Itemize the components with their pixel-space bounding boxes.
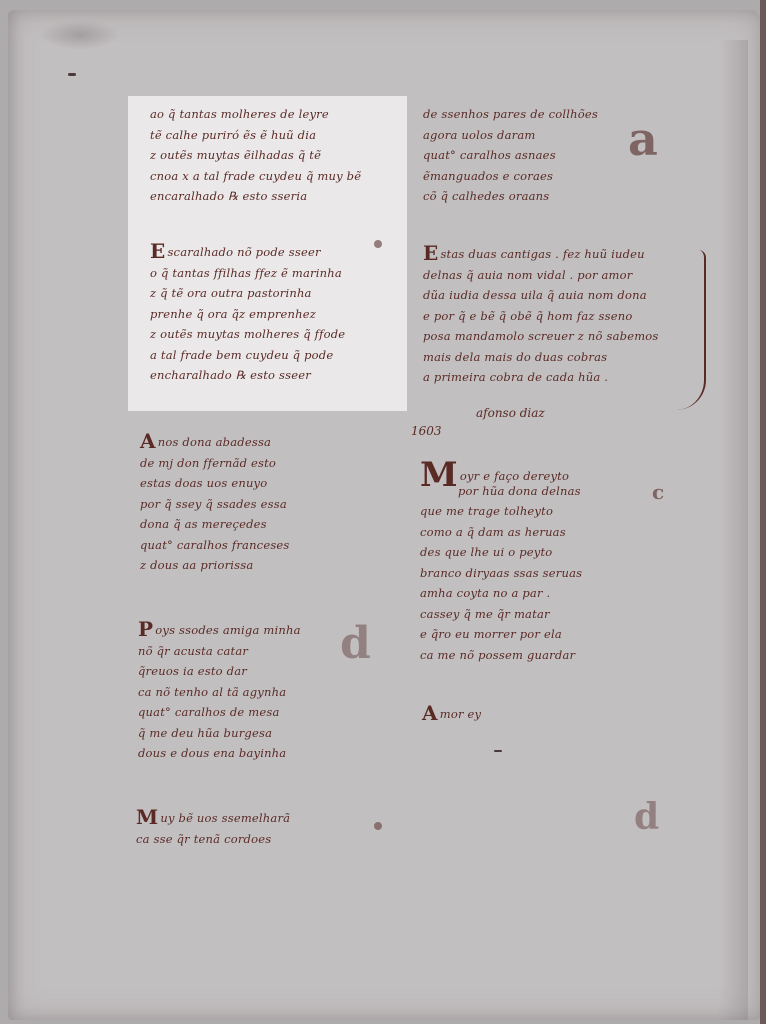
verse-line: por q̃ ssey q̃ ssades essa	[140, 494, 290, 515]
left-stanza-2: Escaralhado nõ pode sseer o q̃ tantas ff…	[150, 242, 345, 386]
rubric-line: delnas q̃ auia nom vidal . por amor	[423, 265, 659, 286]
verse-line: o q̃ tantas ffilhas ffez ẽ marinha	[150, 263, 345, 284]
verse-line: Amor ey	[422, 704, 481, 725]
right-stanza-1: de ssenhos pares de collhões agora uolos…	[423, 104, 598, 207]
ink-speck	[494, 750, 502, 752]
verse-line: dona q̃ as mereçedes	[140, 514, 290, 535]
decorated-initial: P	[138, 620, 153, 638]
rubric-line: a primeira cobra de cada hũa .	[423, 367, 659, 388]
guide-letter-d: d	[340, 618, 371, 669]
verse-line: ca sse q̃r tenã cordoes	[136, 829, 290, 850]
left-stanza-1: ao q̃ tantas molheres de leyre tẽ calhe …	[150, 104, 361, 207]
verse-line: quat° caralhos de mesa	[138, 702, 301, 723]
verse-line: como a q̃ dam as heruas	[420, 522, 582, 543]
right-stanza-2: Moyr e faço dereyto por hũa dona delnas …	[420, 460, 582, 665]
author-attribution: afonso diaz	[476, 406, 545, 420]
guide-letter-c: c	[652, 480, 664, 504]
folio-number: 1603	[411, 424, 442, 438]
left-stanza-4: Poys ssodes amiga minha nõ q̃r acusta ca…	[138, 620, 301, 764]
verse-line: Muy bẽ uos ssemelharã	[136, 808, 290, 829]
rubric-line: dũa iudia dessa uila q̃ auia nom dona	[423, 285, 659, 306]
verse-line: Moyr e faço dereyto	[420, 460, 582, 481]
verse-line: Escaralhado nõ pode sseer	[150, 242, 345, 263]
verse-line: encharalhado ℞ esto sseer	[150, 365, 345, 386]
rubric-line: e por q̃ e bẽ q̃ obẽ q̃ hom faz sseno	[423, 306, 659, 327]
decorated-initial: E	[150, 242, 165, 260]
verse-line: ca me nõ possem guardar	[420, 645, 582, 666]
marginal-bracket	[676, 250, 706, 410]
verse-line: tẽ calhe puriró ẽs ẽ huũ dia	[150, 125, 361, 146]
verse-line: ca nõ tenho al tã agynha	[138, 682, 301, 703]
left-stanza-5: Muy bẽ uos ssemelharã ca sse q̃r tenã co…	[136, 808, 290, 849]
verse-line: quat° caralhos franceses	[140, 535, 290, 556]
verse-line: des que lhe ui o peyto	[420, 542, 582, 563]
verse-line: ẽmanguados e coraes	[423, 166, 598, 187]
verse-line: ao q̃ tantas molheres de leyre	[150, 104, 361, 125]
verse-line: branco diryaas ssas seruas	[420, 563, 582, 584]
verse-line: e q̃ro eu morrer por ela	[420, 624, 582, 645]
verse-line: cassey q̃ me q̃r matar	[420, 604, 582, 625]
verse-line: que me trage tolheyto	[420, 501, 582, 522]
binding-edge	[760, 0, 766, 1024]
decorated-initial: M	[420, 460, 458, 490]
parchment-stain	[40, 20, 120, 50]
verse-line: z q̃ tẽ ora outra pastorinha	[150, 283, 345, 304]
rubric-line: posa mandamolo screuer z nõ sabemos	[423, 326, 659, 347]
rubric-line: Estas duas cantigas . fez huũ iudeu	[423, 244, 659, 265]
rubric-line: mais dela mais do duas cobras	[423, 347, 659, 368]
verse-line: de ssenhos pares de collhões	[423, 104, 598, 125]
verse-line: estas doas uos enuyo	[140, 473, 290, 494]
verse-line: agora uolos daram	[423, 125, 598, 146]
verse-line: nõ q̃r acusta catar	[138, 641, 301, 662]
verse-line: prenhe q̃ ora q̃z emprenhez	[150, 304, 345, 325]
marginal-mark	[374, 822, 382, 830]
decorated-initial: M	[136, 808, 158, 826]
verse-line: cnoa x a tal frade cuydeu q̃ muy bẽ	[150, 166, 361, 187]
decorated-initial: A	[422, 704, 438, 722]
right-stanza-3: Amor ey	[422, 704, 481, 725]
leaf-edge-shadow	[718, 40, 748, 1020]
marginal-mark	[374, 240, 382, 248]
verse-line: dous e dous ena bayinha	[138, 743, 301, 764]
verse-line: Anos dona abadessa	[140, 432, 290, 453]
verse-line: z outẽs muytas molheres q̃ ffode	[150, 324, 345, 345]
verse-line: encaralhado ℞ esto sseria	[150, 186, 361, 207]
guide-letter-d-lower: d	[634, 796, 659, 838]
guide-letter-a: a	[628, 112, 658, 166]
verse-line: q̃reuos ia esto dar	[138, 661, 301, 682]
decorated-initial: A	[140, 432, 156, 450]
ink-speck	[68, 73, 76, 76]
verse-line: amha coyta no a par .	[420, 583, 582, 604]
decorated-initial: E	[423, 244, 438, 262]
verse-line: de mj don ffernãd esto	[140, 453, 290, 474]
rubric-note: Estas duas cantigas . fez huũ iudeu deln…	[423, 244, 659, 388]
verse-line: z dous aa priorissa	[140, 555, 290, 576]
left-stanza-3: Anos dona abadessa de mj don ffernãd est…	[140, 432, 290, 576]
verse-line: a tal frade bem cuydeu q̃ pode	[150, 345, 345, 366]
verse-line: quat° caralhos asnaes	[423, 145, 598, 166]
verse-line: Poys ssodes amiga minha	[138, 620, 301, 641]
verse-line: z outẽs muytas ẽilhadas q̃ tẽ	[150, 145, 361, 166]
verse-line: q̃ me deu hũa burgesa	[138, 723, 301, 744]
verse-line: cõ q̃ calhedes oraans	[423, 186, 598, 207]
